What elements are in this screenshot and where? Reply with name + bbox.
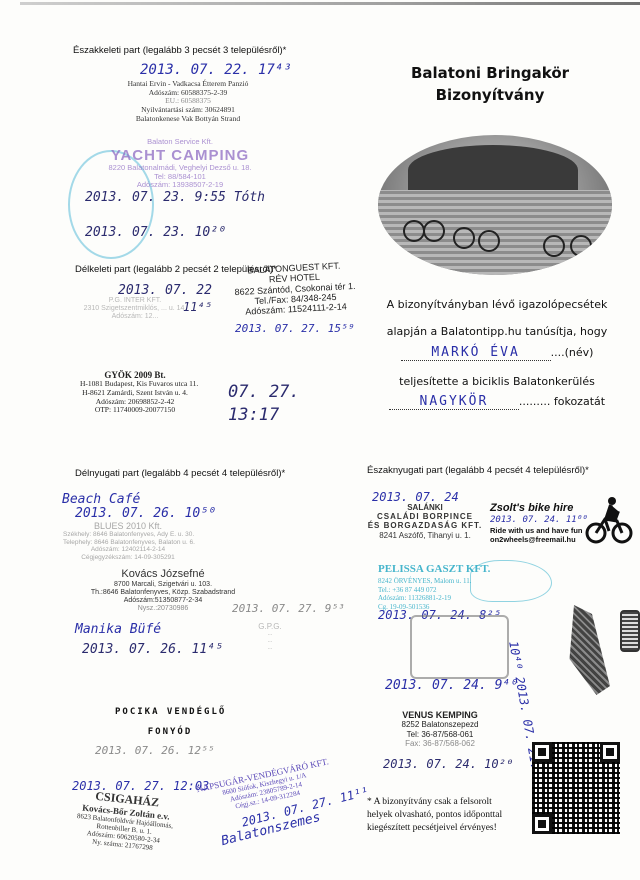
bicycle-wheel-icon bbox=[403, 220, 425, 242]
stamp-line: Adószám: 13938507-2-19 bbox=[75, 181, 285, 190]
stamp-line: Nysz.:20730986 bbox=[88, 605, 238, 613]
stamp-zsolts-bike-hire: Zsolt's bike hire 2013. 07. 24. 11⁰⁰ Rid… bbox=[490, 502, 588, 544]
stamp-salanki: SALÁNKI CSALÁDI BORPINCE ÉS BORGAZDASÁG … bbox=[365, 503, 485, 540]
stamp-line: 8700 Marcali, Szigetvári u. 103. bbox=[88, 581, 238, 589]
recipient-name: MARKÓ ÉVA bbox=[431, 345, 519, 360]
section-heading-southwest: Délnyugati part (legalább 4 pecsét 4 tel… bbox=[75, 468, 285, 479]
handwritten-date: 2013. 07. 26. 10⁵⁰ bbox=[75, 506, 216, 521]
cert-line-1: A bizonyítványban lévő igazolópecsétek bbox=[372, 298, 622, 311]
stamp-line: ... bbox=[225, 638, 315, 645]
handwritten-time: 13:17 bbox=[228, 405, 279, 425]
bicycle-wheel-icon bbox=[453, 227, 475, 249]
stamp-line: SALÁNKI bbox=[365, 503, 485, 512]
handwritten-date: 2013. 07. 24 bbox=[372, 490, 459, 504]
footnote-line: helyek olvasható, pontos időponttal bbox=[367, 809, 502, 822]
handwritten-date: 2013. 07. 24. 11⁰⁰ bbox=[490, 515, 588, 526]
completion-level: NAGYKÖR bbox=[420, 394, 489, 409]
stamp-line: FONYÓD bbox=[115, 727, 225, 737]
stamp-line: 8252 Balatonszepezd bbox=[385, 720, 495, 729]
stamp-line: Balaton Service Kft. bbox=[75, 138, 285, 147]
stamp-line: Cégjegyzékszám: 14-09-305291 bbox=[63, 554, 193, 561]
qr-finder bbox=[600, 742, 620, 762]
handwritten-date: 2013. 07. 24. 10²⁰ bbox=[383, 757, 513, 771]
handwritten-date: 2013. 07. 22. 17⁴³ bbox=[140, 62, 292, 78]
stamp-line: G.P.G. bbox=[225, 622, 315, 631]
stamp-line: BLUES 2010 Kft. bbox=[63, 521, 193, 531]
handwritten-name: Manika Büfé bbox=[75, 622, 161, 637]
small-stamp-icon bbox=[620, 610, 640, 652]
stamp-line: Adószám: 11326881-2-19 bbox=[378, 594, 490, 603]
hill-shape bbox=[408, 145, 578, 195]
cert-level-row: NAGYKÖR ......... fokozatát bbox=[372, 394, 622, 410]
stamp-line: Th.:8646 Balatonfenyves, Közp. Szabadstr… bbox=[88, 589, 238, 597]
dragon-stamp-icon bbox=[565, 605, 610, 695]
stamp-line: VENUS KEMPING bbox=[385, 710, 495, 720]
stamp-line: CSALÁDI BORPINCE bbox=[365, 512, 485, 521]
name-suffix: ....(név) bbox=[551, 346, 594, 359]
document-title: Balatoni Bringakör Bizonyítvány bbox=[380, 62, 600, 106]
stamp-line: Székhely: 8646 Balatonfenyves, Ady E. u.… bbox=[63, 531, 193, 538]
stamp-line: 2310 Szigetszentmiklós, ... u. 14. bbox=[80, 305, 190, 313]
stamp-line: Telephely: 8646 Balatonfenyves, Balaton … bbox=[63, 539, 193, 546]
stamp-line: P.G. INTER KFT. bbox=[80, 297, 190, 305]
footnote: * A bizonyítvány csak a felsorolt helyek… bbox=[367, 796, 502, 835]
scan-top-edge bbox=[20, 2, 640, 5]
handwritten-date: 2013. 07. 23. 10²⁰ bbox=[85, 225, 226, 240]
stamp-line: Adószám:51350877-2-34 bbox=[88, 597, 238, 605]
stamp-pocika: POCIKA VENDÉGLŐ FONYÓD bbox=[115, 707, 225, 738]
handwritten-date: 07. 27. bbox=[228, 382, 300, 402]
bicycle-wheel-icon bbox=[478, 230, 500, 252]
stamp-line: Zsolt's bike hire bbox=[490, 502, 588, 515]
stamp-line: Tel.: +36 87 449 072 bbox=[378, 586, 490, 595]
cert-name-row: MARKÓ ÉVA ....(név) bbox=[372, 345, 622, 361]
bicycle-wheel-icon bbox=[570, 235, 592, 257]
stamp-line: ... bbox=[225, 631, 315, 638]
section-heading-northwest: Északnyugati part (legalább 4 pecsét 4 t… bbox=[367, 465, 589, 476]
handwritten-date: 2013. 07. 22 bbox=[118, 283, 212, 298]
footnote-line: * A bizonyítvány csak a felsorolt bbox=[367, 796, 502, 809]
stamp-line: OTP: 11740009-20077150 bbox=[80, 406, 190, 415]
stamp-gpg: G.P.G. ... ... ... bbox=[225, 622, 315, 652]
cert-line-2: alapján a Balatontipp.hu tanúsítja, hogy bbox=[372, 325, 622, 338]
cyclist-icon bbox=[585, 495, 633, 545]
handwritten-name: Beach Café bbox=[62, 492, 140, 507]
stamp-kovacs: Kovács Józsefné 8700 Marcali, Szigetvári… bbox=[88, 568, 238, 613]
stamp-line: Adószám: 12402114-2-14 bbox=[63, 546, 193, 553]
qr-finder bbox=[532, 742, 552, 762]
level-suffix: ......... fokozatát bbox=[519, 395, 605, 408]
stamp-line: ... bbox=[225, 645, 315, 652]
qr-finder bbox=[532, 814, 552, 834]
handwritten-date: 2013. 07. 27. 9⁵³ bbox=[232, 602, 345, 615]
section-heading-northeast: Északkeleti part (legalább 3 pecsét 3 te… bbox=[73, 45, 286, 56]
stamp-line: ÉS BORGAZDASÁG KFT. bbox=[365, 521, 485, 530]
stamp-venus-kemping: VENUS KEMPING 8252 Balatonszepezd Tel: 3… bbox=[385, 710, 495, 748]
stamp-balatonguest: BALATONGUEST KFT. RÉV HOTEL 8622 Szántód… bbox=[224, 259, 367, 318]
handwritten-date: 2013. 07. 26. 11⁴⁵ bbox=[82, 642, 223, 657]
handwritten-date: 2013. 07. 26. 12⁵⁵ bbox=[95, 744, 214, 757]
stamp-line: Ride with us and have fun bbox=[490, 526, 588, 535]
stamp-line: Tel: 36-87/568-061 bbox=[385, 730, 495, 739]
stamp-csigahaz: CSIGAHÁZ Kovács-Bőr Zoltán e.v. 8623 Bal… bbox=[57, 786, 192, 856]
handwritten-date: 2013. 07. 27. 15⁵⁹ bbox=[235, 322, 354, 335]
stamp-line: on2wheels@freemail.hu bbox=[490, 535, 588, 544]
handwritten-date: 2013. 07. 23. 9:55 Tóth bbox=[85, 190, 265, 205]
stamp-pg-inter: P.G. INTER KFT. 2310 Szigetszentmiklós, … bbox=[80, 297, 190, 321]
stamp-gyok: GYÖK 2009 Bt. H-1081 Budapest, Kis Fuvar… bbox=[80, 370, 190, 415]
stamp-line: Balatonkenese Vak Bottyán Strand bbox=[118, 115, 258, 124]
handwritten-date: 2013. 07. 24. 9⁴⁰ bbox=[385, 678, 518, 693]
cert-line-4: teljesítette a biciklis Balatonkerülés bbox=[372, 375, 622, 388]
stamp-line: Fax: 36-87/568-062 bbox=[385, 739, 495, 748]
stamp-yacht-camping: Balaton Service Kft. YACHT CAMPING 8220 … bbox=[75, 138, 285, 190]
stamp-line: Kovács Józsefné bbox=[88, 568, 238, 581]
stamp-pelissa: PELISSA GASZT KFT. 8242 ÖRVÉNYES, Malom … bbox=[378, 563, 490, 612]
stamp-line: POCIKA VENDÉGLŐ bbox=[115, 707, 225, 717]
stamp-blues: BLUES 2010 Kft. Székhely: 8646 Balatonfe… bbox=[63, 521, 193, 561]
boat-stamp bbox=[410, 615, 509, 679]
stamp-line: Adószám: 12... bbox=[80, 313, 190, 321]
stamp-vadkacsa: Hantai Ervin - Vadkacsa Étterem Panzió A… bbox=[118, 80, 258, 123]
qr-code[interactable] bbox=[532, 742, 620, 834]
footnote-line: kiegészített pecsétjeivel érvényes! bbox=[367, 822, 502, 835]
stamp-line: 8241 Aszófő, Tihanyi u. 1. bbox=[365, 531, 485, 540]
stamp-line: PELISSA GASZT KFT. bbox=[378, 563, 490, 577]
title-line: Balatoni Bringakör bbox=[380, 62, 600, 84]
title-line: Bizonyítvány bbox=[380, 84, 600, 106]
bicycle-wheel-icon bbox=[543, 235, 565, 257]
stamp-line: YACHT CAMPING bbox=[75, 147, 285, 164]
bicycle-wheel-icon bbox=[423, 220, 445, 242]
stamp-line: 8242 ÖRVÉNYES, Malom u. 11. bbox=[378, 577, 490, 586]
cyclists-photo bbox=[378, 135, 612, 275]
